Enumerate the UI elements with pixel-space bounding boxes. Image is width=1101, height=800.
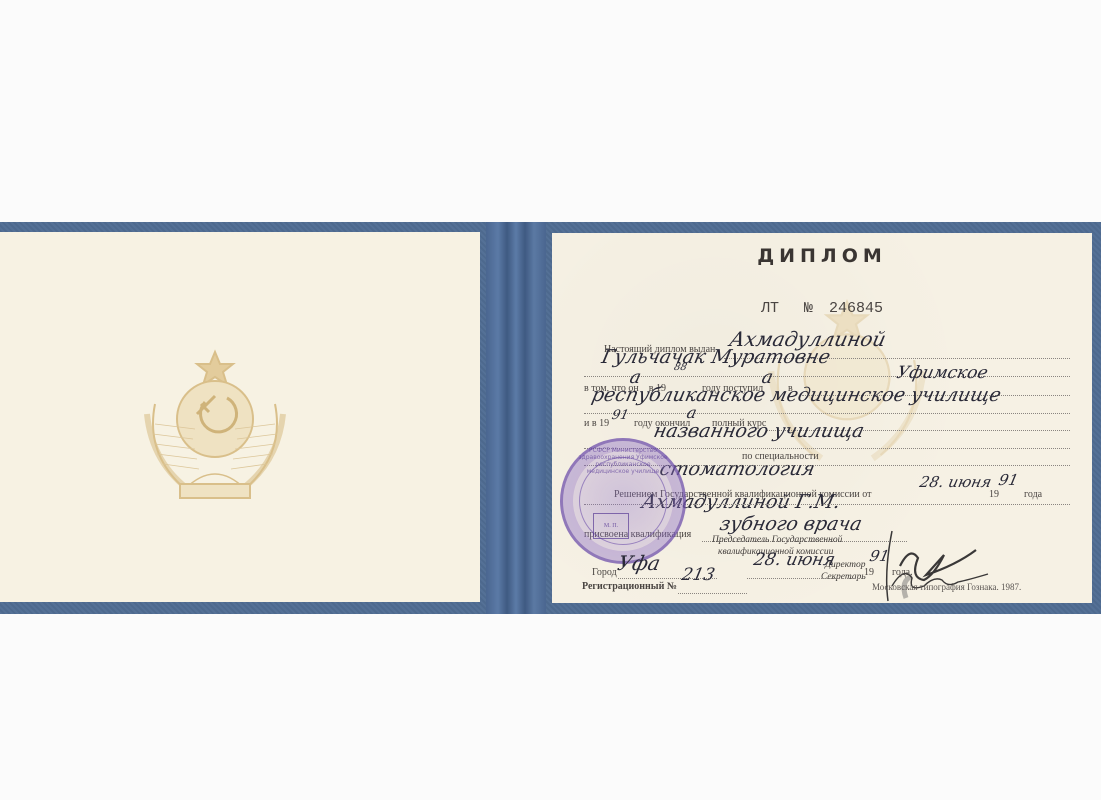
number-sign: № xyxy=(804,300,813,317)
city-handwritten: Уфа xyxy=(615,551,662,575)
institution-line1-handwritten: Уфимское xyxy=(895,363,990,383)
reg-number-handwritten: 213 xyxy=(680,565,717,585)
issue-date-handwritten: 28. июня xyxy=(752,550,837,570)
year-finished-prefix: и в 19 xyxy=(584,418,609,429)
diploma-spine xyxy=(486,222,546,614)
qualification-handwritten: зубного врача xyxy=(718,513,864,535)
diploma-title: ДИПЛОМ xyxy=(552,245,1092,267)
dotted-line xyxy=(747,578,862,579)
dotted-line xyxy=(678,593,747,594)
issue-year-prefix: 19 xyxy=(864,567,874,578)
diploma-serial: ЛТ №246845 xyxy=(552,300,1092,317)
ussr-coat-of-arms-icon xyxy=(135,344,295,514)
left-page xyxy=(0,232,480,602)
institution-line2-handwritten: республиканское медицинское училище xyxy=(590,384,1003,406)
secretary-label: Секретарь xyxy=(821,572,866,582)
issue-year-suffix: года. xyxy=(892,567,913,578)
series: ЛТ xyxy=(761,300,779,317)
official-stamp: РСФСР Министерство здравоохранения Уфимс… xyxy=(560,438,686,564)
reg-label: Регистрационный № xyxy=(582,581,677,592)
full-course-handwritten: названного училища xyxy=(652,420,867,442)
chairman-label: Председатель Государственной xyxy=(712,535,842,545)
stamp-text: РСФСР Министерство здравоохранения Уфимс… xyxy=(563,447,683,475)
decision-year-handwritten: 91 xyxy=(997,471,1020,489)
dotted-line xyxy=(584,413,1070,414)
decision-year-suffix: года xyxy=(1024,489,1042,500)
year-finished-handwritten: 91 xyxy=(610,408,630,423)
dotted-line xyxy=(584,376,1070,377)
city-label: Город xyxy=(592,567,617,578)
printer-imprint: Московская типография Гознака. 1987. xyxy=(872,582,1021,592)
secretary-signature xyxy=(882,558,1002,598)
name-patronymic-handwritten: Гульчачак Муратовне xyxy=(600,346,833,368)
diploma-number: 246845 xyxy=(829,300,883,317)
year-entered-handwritten: 88 xyxy=(673,362,688,373)
issue-year-handwritten: 91 xyxy=(868,547,891,565)
right-page: ДИПЛОМ ЛТ №246845 Настоящий диплом выдан… xyxy=(552,233,1092,603)
stamp-box: М. П. xyxy=(593,513,629,539)
